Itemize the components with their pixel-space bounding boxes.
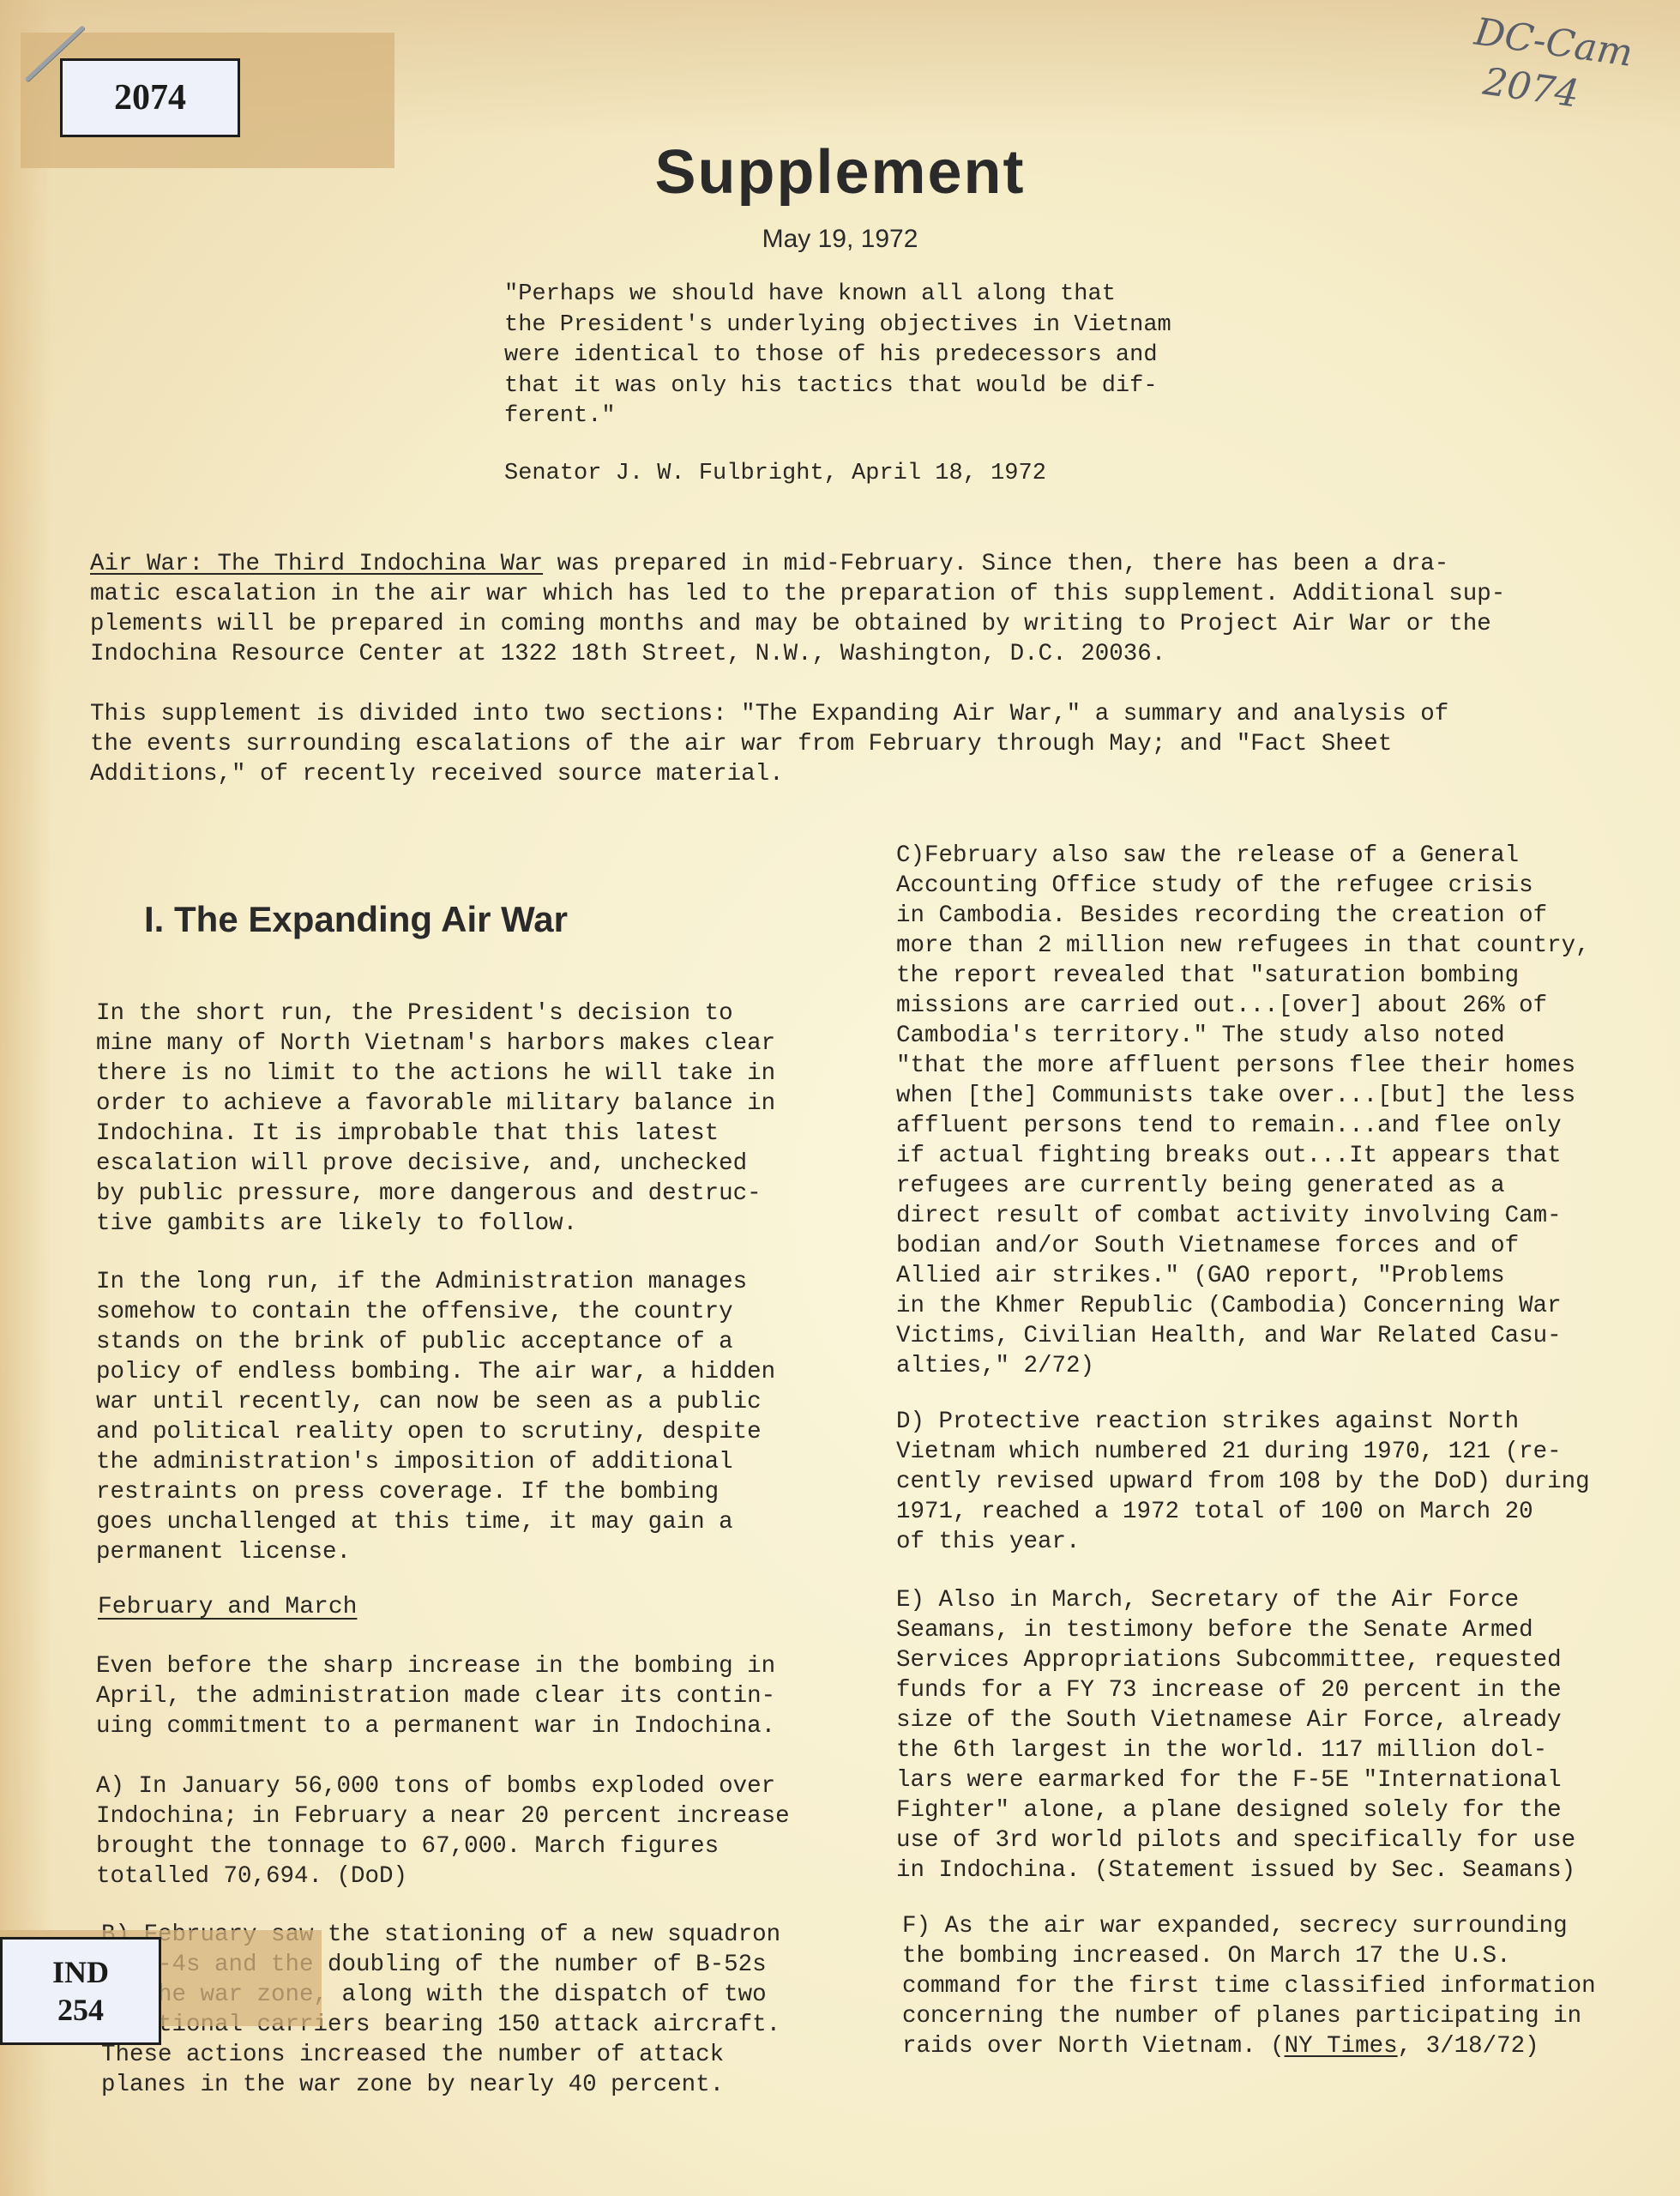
document-date: May 19, 1972 [0,225,1680,254]
paper-edge-stain [0,0,51,2196]
catalogue-number: 2074 [114,77,186,118]
left-paragraph-3: Even before the sharp increase in the bo… [96,1651,851,1741]
item-f-source: NY Times [1285,2033,1398,2060]
item-d: D) Protective reaction strikes against N… [896,1407,1651,1557]
left-paragraph-1: In the short run, the President's decisi… [96,998,851,1239]
catalogue-code: IND [52,1953,109,1991]
intro-paragraph-1: Air War: The Third Indochina War was pre… [90,549,1625,669]
item-a: A) In January 56,000 tons of bombs explo… [96,1771,851,1891]
catalogue-label-top: 2074 [60,58,240,137]
item-e: E) Also in March, Secretary of the Air F… [896,1585,1651,1885]
referenced-publication-title: Air War: The Third Indochina War [90,551,543,577]
item-f-tail: , 3/18/72) [1398,2033,1539,2060]
item-f: F) As the air war expanded, secrecy surr… [902,1911,1657,2061]
catalogue-code-number: 254 [57,1991,104,2029]
item-c: C)February also saw the release of a Gen… [896,841,1651,1381]
subheading-february-march: February and March [98,1594,357,1620]
section-heading: I. The Expanding Air War [144,899,568,940]
epigraph-quote: "Perhaps we should have known all along … [504,280,1259,432]
epigraph-attribution: Senator J. W. Fulbright, April 18, 1972 [504,461,1046,486]
left-paragraph-2: In the long run, if the Administration m… [96,1267,851,1567]
intro-paragraph-2: This supplement is divided into two sect… [90,699,1625,789]
document-title: Supplement [0,137,1680,208]
catalogue-label-bottom: IND 254 [0,1937,161,2045]
